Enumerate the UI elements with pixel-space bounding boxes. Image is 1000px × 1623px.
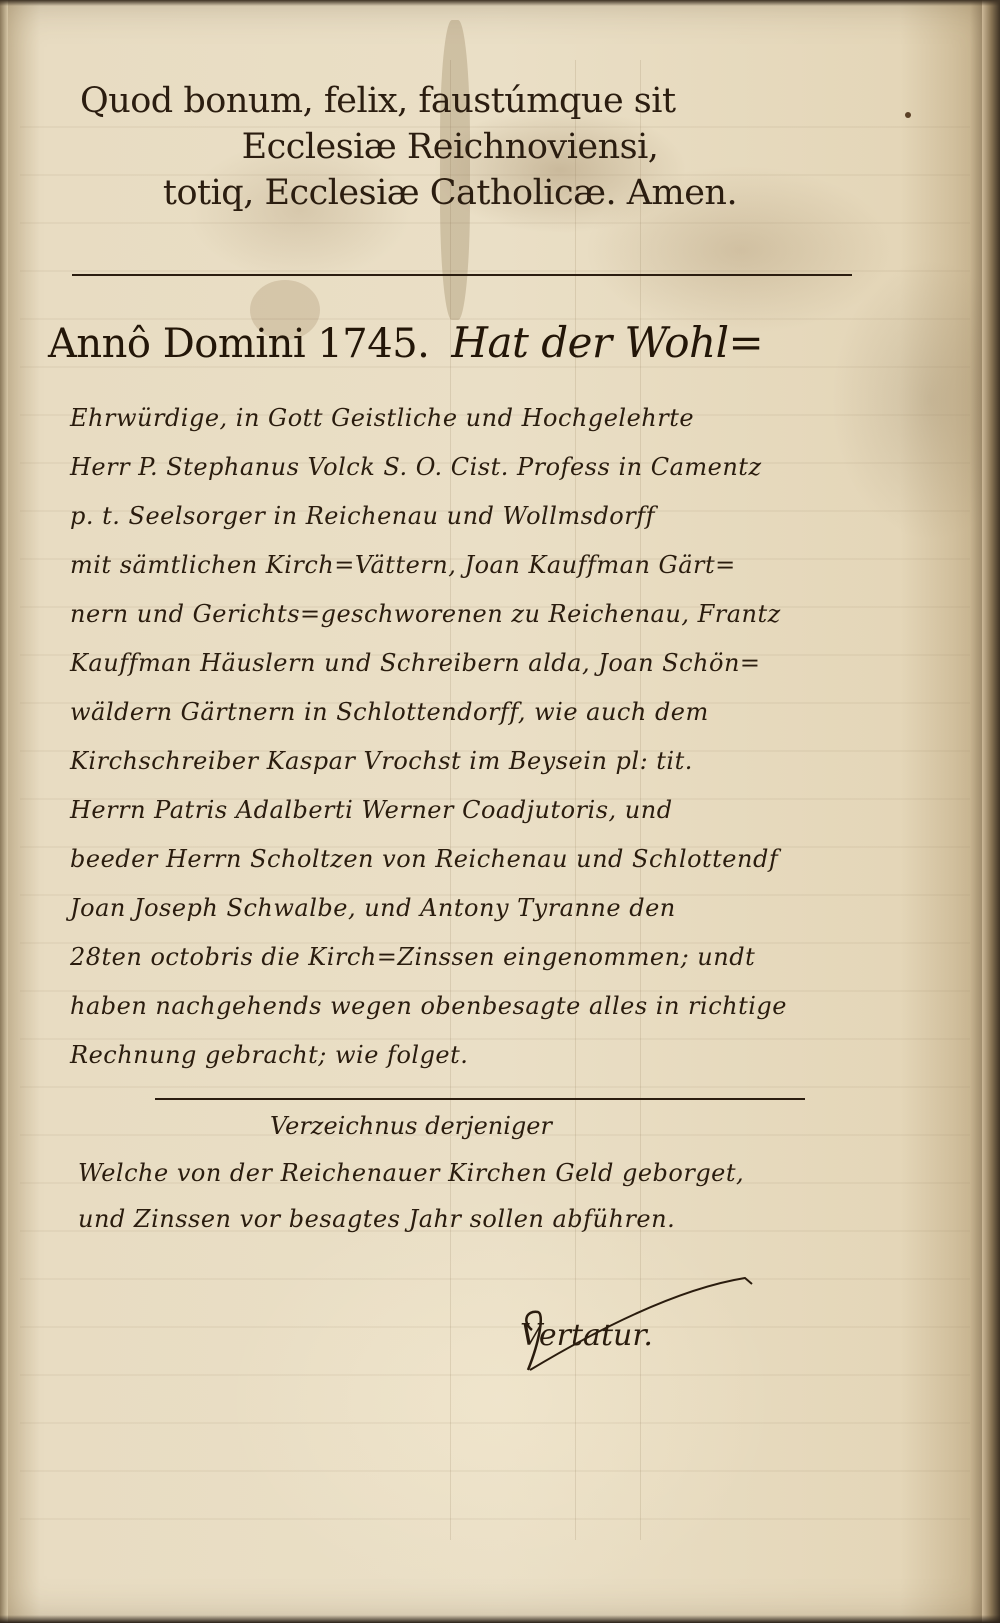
manuscript-line: beeder Herrn Scholtzen von Reichenau und… bbox=[70, 835, 890, 884]
title-line: totiq, Ecclesiæ Catholicæ. Amen. bbox=[60, 170, 840, 216]
manuscript-line: Joan Joseph Schwalbe, und Antony Tyranne… bbox=[70, 884, 890, 933]
manuscript-line: p. t. Seelsorger in Reichenau und Wollms… bbox=[70, 492, 890, 541]
title-line: Ecclesiæ Reichnoviensi, bbox=[60, 124, 840, 170]
entry-heading: Annô Domini 1745.Hat der Wohl= bbox=[48, 318, 763, 367]
manuscript-line: Ehrwürdige, in Gott Geistliche und Hochg… bbox=[70, 394, 890, 443]
manuscript-line: nern und Gerichts=geschworenen zu Reiche… bbox=[70, 590, 890, 639]
manuscript-line: wäldern Gärtnern in Schlottendorff, wie … bbox=[70, 688, 890, 737]
divider-rule bbox=[72, 274, 852, 276]
page-edge-right bbox=[982, 0, 1000, 1623]
manuscript-line: Rechnung gebracht; wie folget. bbox=[70, 1031, 890, 1080]
heading-continuation: Hat der Wohl= bbox=[451, 318, 763, 367]
page-edge-top bbox=[0, 0, 1000, 6]
manuscript-line: Kirchschreiber Kaspar Vrochst im Beysein… bbox=[70, 737, 890, 786]
list-heading: Verzeichnus derjeniger bbox=[270, 1112, 552, 1140]
manuscript-page: Quod bonum, felix, faustúmque sit Eccles… bbox=[0, 0, 1000, 1623]
invocation-title: Quod bonum, felix, faustúmque sit Eccles… bbox=[60, 78, 840, 216]
catchword: Vertatur. bbox=[520, 1318, 653, 1353]
manuscript-line: Herrn Patris Adalberti Werner Coadjutori… bbox=[70, 786, 890, 835]
binding-edge-left bbox=[0, 0, 8, 1623]
year-heading: Annô Domini 1745. bbox=[48, 321, 429, 367]
ink-spot bbox=[905, 112, 911, 118]
divider-rule bbox=[155, 1098, 805, 1100]
manuscript-line: 28ten octobris die Kirch=Zinssen eingeno… bbox=[70, 933, 890, 982]
manuscript-line: mit sämtlichen Kirch=Vättern, Joan Kauff… bbox=[70, 541, 890, 590]
manuscript-line: Herr P. Stephanus Volck S. O. Cist. Prof… bbox=[70, 443, 890, 492]
manuscript-line: und Zinssen vor besagtes Jahr sollen abf… bbox=[78, 1196, 744, 1242]
list-description: Welche von der Reichenauer Kirchen Geld … bbox=[78, 1150, 744, 1242]
entry-body: Ehrwürdige, in Gott Geistliche und Hochg… bbox=[70, 394, 890, 1080]
manuscript-line: Welche von der Reichenauer Kirchen Geld … bbox=[78, 1150, 744, 1196]
manuscript-line: Kauffman Häuslern und Schreibern alda, J… bbox=[70, 639, 890, 688]
page-edge-bottom bbox=[0, 1615, 1000, 1623]
manuscript-line: haben nachgehends wegen obenbesagte alle… bbox=[70, 982, 890, 1031]
title-line: Quod bonum, felix, faustúmque sit bbox=[60, 78, 840, 124]
